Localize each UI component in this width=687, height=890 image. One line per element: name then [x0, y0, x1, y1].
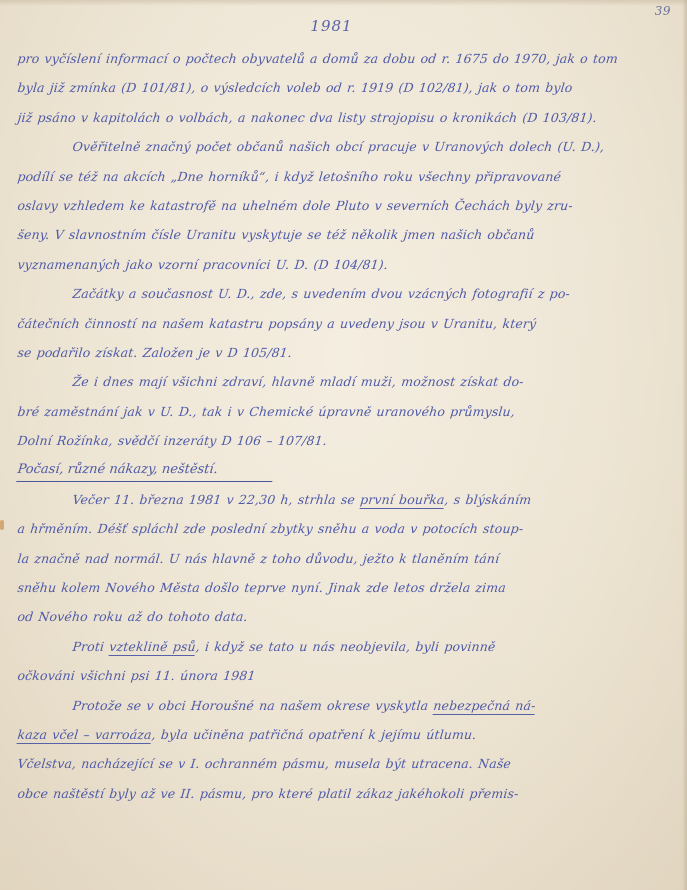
text-line: Začátky a současnost U. D., zde, s uvede… [16, 279, 619, 308]
text-line: podílí se též na akcích „Dne horníků“, i… [16, 162, 619, 191]
text-line: bré zaměstnání jak v U. D., tak i v Chem… [16, 397, 619, 426]
handwritten-text: pro vyčíslení informací o počtech obyvat… [16, 44, 616, 808]
text-line: se podařilo získat. Založen je v D 105/8… [16, 338, 619, 367]
text-line: Že i dnes mají všichni zdraví, hlavně ml… [16, 367, 619, 396]
text-line: Dolní Rožínka, svědčí inzeráty D 106 – 1… [16, 426, 619, 455]
text-fragment: la značně nad normál. U nás hlavně z toh… [17, 551, 500, 566]
text-line: vyznamenaných jako vzorní pracovníci U. … [16, 250, 619, 279]
text-line: byla již zmínka (D 101/81), o výsledcích… [16, 73, 619, 102]
text-line: kaza včel – varroáza, byla učiněna patři… [16, 720, 619, 749]
section-heading-text: Počasí, různé nákazy, neštěstí. [16, 459, 275, 482]
year-heading: 1981 [0, 17, 675, 35]
page-number: 39 [655, 4, 671, 18]
text-line: Proti vzteklině psů, i když se tato u ná… [16, 632, 619, 661]
text-line: čátečních činností na našem katastru pop… [16, 309, 619, 338]
paragraphs-block-1: pro vyčíslení informací o počtech obyvat… [16, 44, 616, 455]
text-line: oslavy vzhledem ke katastrofě na uhelném… [16, 191, 619, 220]
text-line: pro vyčíslení informací o počtech obyvat… [16, 44, 619, 73]
underlined-phrase: nebezpečná ná- [432, 698, 536, 715]
text-line: Večer 11. března 1981 v 22,30 h, strhla … [16, 485, 619, 514]
underlined-phrase: první bouřka [359, 492, 445, 509]
underlined-phrase: vzteklině psů [108, 639, 196, 656]
text-line: od Nového roku až do tohoto data. [16, 602, 619, 631]
text-fragment: , byla učiněna patřičná opatření k jejím… [151, 727, 477, 742]
text-fragment: Protože se v obci Horoušné na našem okre… [72, 698, 434, 713]
text-line: Protože se v obci Horoušné na našem okre… [16, 691, 619, 720]
text-fragment: obce naštěstí byly až ve II. pásmu, pro … [17, 786, 520, 801]
underlined-phrase: kaza včel – varroáza [17, 727, 153, 744]
text-line: Včelstva, nacházející se v I. ochranném … [16, 749, 619, 778]
text-line: již psáno v kapitolách o volbách, a nako… [16, 103, 619, 132]
text-fragment: sněhu kolem Nového Města došlo teprve ny… [17, 580, 507, 595]
text-fragment: , s blýskáním [444, 492, 532, 507]
text-line: šeny. V slavnostním čísle Uranitu vyskyt… [16, 220, 619, 249]
text-fragment: Proti [72, 639, 110, 654]
text-fragment: a hřměním. Déšť spláchl zde poslední zby… [17, 521, 524, 536]
ink-smudge [0, 520, 4, 530]
section-heading: Počasí, různé nákazy, neštěstí. [16, 455, 619, 484]
text-fragment: očkováni všichni psi 11. února 1981 [17, 668, 257, 683]
text-fragment: od Nového roku až do tohoto data. [17, 609, 249, 624]
text-line: obce naštěstí byly až ve II. pásmu, pro … [16, 779, 619, 808]
text-fragment: Večer 11. března 1981 v 22,30 h, strhla … [72, 492, 361, 507]
text-line: la značně nad normál. U nás hlavně z toh… [16, 544, 619, 573]
text-line: Ověřitelně značný počet občanů našich ob… [16, 132, 619, 161]
text-line: a hřměním. Déšť spláchl zde poslední zby… [16, 514, 619, 543]
text-fragment: Včelstva, nacházející se v I. ochranném … [17, 756, 512, 771]
text-line: sněhu kolem Nového Města došlo teprve ny… [16, 573, 619, 602]
chronicle-page: 39 1981 pro vyčíslení informací o počtec… [0, 0, 687, 890]
paragraphs-block-2: Večer 11. března 1981 v 22,30 h, strhla … [16, 485, 616, 808]
text-fragment: , i když se tato u nás neobjevila, byli … [195, 639, 496, 654]
text-line: očkováni všichni psi 11. února 1981 [16, 661, 619, 690]
